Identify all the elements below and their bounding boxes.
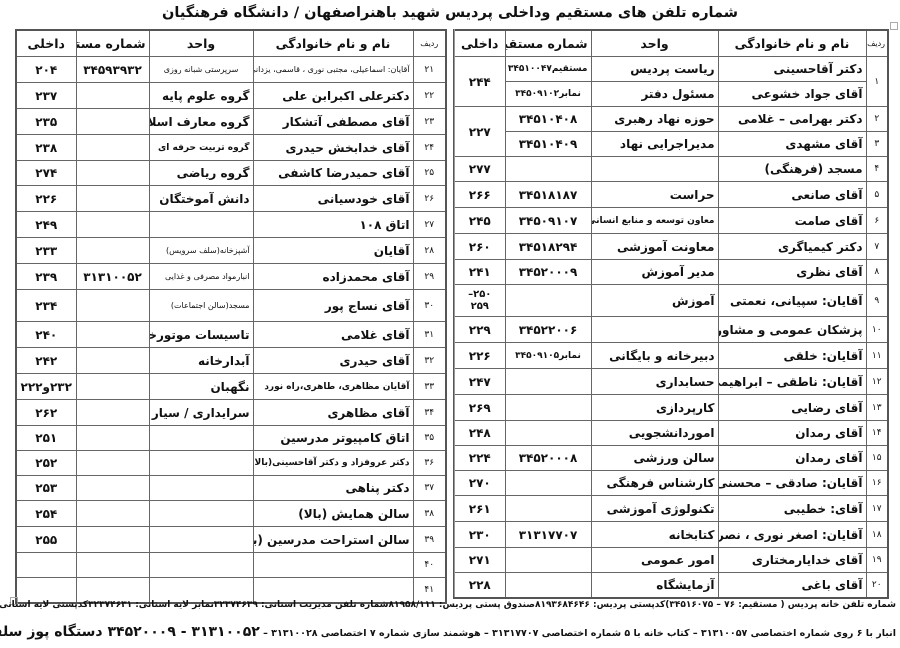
radif-cell: ۴ — [866, 157, 888, 182]
vahed-cell — [149, 527, 253, 553]
dakheli-cell: ۲۶۶ — [454, 182, 505, 208]
table-row: ۳۸ سالن همایش (بالا) ۲۵۴ — [16, 501, 446, 527]
header-mostaghim: شماره مستقیم — [76, 30, 149, 57]
mostaghim-cell — [76, 290, 149, 322]
dakheli-cell: ۲۲۷ — [454, 107, 505, 157]
header-radif: ردیف — [413, 30, 446, 57]
table-row: ۱۱ آقایان: خلقی دبیرخانه و بایگانی نمابر… — [454, 343, 888, 369]
table-row: ۲۸ آقایان آشپزخانه(سلف سرویس) ۲۳۳ — [16, 238, 446, 264]
footer-extensions-text: انبار با ۶ روی شماره اختصاصی ۳۱۳۱۰۰۵۷ – … — [260, 628, 896, 639]
radif-cell: ۱۷ — [866, 496, 888, 522]
dakheli-cell: ۲۳۵ — [16, 109, 76, 135]
name-cell: آقایان — [253, 238, 413, 264]
name-cell: آقای رضایی — [718, 395, 866, 421]
vahed-cell — [149, 553, 253, 578]
mostaghim-cell: ۳۴۵۲۲۰۰۶ — [505, 317, 591, 343]
footer-postal-code: کدپستی پردیس: ۸۱۹۳۶۸۴۶۴۶ — [535, 600, 665, 610]
dakheli-cell: ۲۵۴ — [16, 501, 76, 527]
vahed-cell: ریاست پردیس — [591, 57, 718, 82]
radif-cell: ۲۶ — [413, 186, 446, 212]
radif-cell: ۳۹ — [413, 527, 446, 553]
name-cell: آقای مظاهری — [253, 400, 413, 426]
vahed-cell — [149, 426, 253, 451]
mostaghim-cell — [505, 421, 591, 446]
table-row: ۱۲ آقایان: ناطقی – ابراهیمی حسابداری ۲۴۷ — [454, 369, 888, 395]
name-cell: آقای خودسیانی — [253, 186, 413, 212]
name-cell: دکتر آقاحسینی — [718, 57, 866, 82]
radif-cell: ۳۰ — [413, 290, 446, 322]
name-cell: آقای خدایارمختاری — [718, 548, 866, 573]
vahed-cell: حراست — [591, 182, 718, 208]
mostaghim-cell — [505, 496, 591, 522]
mostaghim-cell: ۳۴۵۱۸۱۸۷ — [505, 182, 591, 208]
dakheli-cell: ۲۷۰ — [454, 471, 505, 496]
dakheli-cell: ۲۲۴ — [454, 446, 505, 471]
mostaghim-cell: ۳۱۳۱۰۰۵۲ — [76, 264, 149, 290]
table-row: ۲۱ آقایان: اسماعیلی، مجتبی نوری ، قاسمی،… — [16, 57, 446, 83]
mostaghim-cell — [76, 348, 149, 374]
mostaghim-cell — [76, 161, 149, 186]
name-cell: آقایان: صادقی – محسنی — [718, 471, 866, 496]
radif-cell: ۲۸ — [413, 238, 446, 264]
name-cell: آقای صامت — [718, 208, 866, 234]
table-row: ۳۰ آقای نساج پور مسجد(سالن اجتماعات) ۲۳۴ — [16, 290, 446, 322]
vahed-cell: کارشناس فرهنگی — [591, 471, 718, 496]
name-cell: آقایان: اسماعیلی، مجتبی نوری ، قاسمی، یز… — [253, 57, 413, 83]
dakheli-cell: ۲۵۵ — [16, 527, 76, 553]
table-row: ۲۰ آقای باغی آزمایشگاه ۲۲۸ — [454, 573, 888, 598]
mostaghim-cell — [505, 369, 591, 395]
radif-cell: ۷ — [866, 234, 888, 260]
table-row: ۳۶ دکتر عروفزاد و دکتر آقاحسینی(بالا) ۲۵… — [16, 451, 446, 476]
name-cell: اتاق ۱۰۸ — [253, 212, 413, 238]
dakheli-cell: ۲۳۷ — [16, 83, 76, 109]
dakheli-cell: ۲۷۴ — [16, 161, 76, 186]
dakheli-cell — [16, 553, 76, 578]
name-cell: آقایان: ناطقی – ابراهیمی — [718, 369, 866, 395]
table-row: ۲ دکتر بهرامی – غلامی حوزه نهاد رهبری ۳۴… — [454, 107, 888, 132]
dakheli-cell: ۲۴۰ — [16, 322, 76, 348]
radif-cell: ۱۱ — [866, 343, 888, 369]
radif-cell: ۹ — [866, 285, 888, 317]
mostaghim-cell: ۳۴۵۱۸۲۹۴ — [505, 234, 591, 260]
radif-cell: ۲۷ — [413, 212, 446, 238]
table-row: ۳۲ آقای حیدری آبدارخانه ۲۴۲ — [16, 348, 446, 374]
name-cell: آقایان: سپیانی، نعمتی — [718, 285, 866, 317]
vahed-cell: کتابخانه — [591, 522, 718, 548]
vahed-cell — [149, 451, 253, 476]
radif-cell: ۱۰ — [866, 317, 888, 343]
table-row: آقای جواد خشوعی مسئول دفتر نمابر۳۴۵۰۹۱۰۲ — [454, 82, 888, 107]
name-cell: پزشکان عمومی و مشاوره — [718, 317, 866, 343]
dakheli-cell: ۲۲۸ — [454, 573, 505, 598]
radif-cell: ۱۳ — [866, 395, 888, 421]
name-cell: آقای حمیدرضا کاشفی — [253, 161, 413, 186]
vahed-cell: گروه معارف اسلامی — [149, 109, 253, 135]
name-cell: سالن استراحت مدرسین (بالا) — [253, 527, 413, 553]
table-row: ۳ آقای مشهدی مدیراجرایی نهاد ۳۴۵۱۰۴۰۹ — [454, 132, 888, 157]
dakheli-cell: ۲۶۲ — [16, 400, 76, 426]
radif-cell: ۲۳ — [413, 109, 446, 135]
name-cell: آقایان: اصغر نوری ، نصر — [718, 522, 866, 548]
name-cell: آقای رمدان — [718, 421, 866, 446]
vahed-cell: مدیر آموزش — [591, 260, 718, 285]
header-dakheli: داخلی — [454, 30, 505, 57]
dakheli-cell: ۲۴۱ — [454, 260, 505, 285]
radif-cell: ۲۲ — [413, 83, 446, 109]
table-row: ۶ آقای صامت معاون توسعه و منابع انسانی ۳… — [454, 208, 888, 234]
vahed-cell: گروه ریاضی — [149, 161, 253, 186]
name-cell: آقای صانعی — [718, 182, 866, 208]
radif-cell: ۱۵ — [866, 446, 888, 471]
table-row: ۱۴ آقای رمدان اموردانشجویی ۲۴۸ — [454, 421, 888, 446]
dakheli-cell: ۲۳۰ — [454, 522, 505, 548]
vahed-cell: گروه تربیت حرفه ای — [149, 135, 253, 161]
radif-cell: ۲۹ — [413, 264, 446, 290]
dakheli-cell: ۲۴۹ — [16, 212, 76, 238]
mostaghim-cell — [76, 426, 149, 451]
mostaghim-cell: ۳۱۳۱۷۷۰۷ — [505, 522, 591, 548]
footer-extensions-line: انبار با ۶ روی شماره اختصاصی ۳۱۳۱۰۰۵۷ – … — [0, 624, 896, 640]
name-cell: آقای نساج پور — [253, 290, 413, 322]
name-cell: دکتر پناهی — [253, 476, 413, 501]
dakheli-cell: ۲۷۷ — [454, 157, 505, 182]
table-row: ۲۶ آقای خودسیانی دانش آموختگان ۲۲۶ — [16, 186, 446, 212]
dakheli-cell: ۲۶۰ — [454, 234, 505, 260]
table-row: ۳۷ دکتر پناهی ۲۵۳ — [16, 476, 446, 501]
vahed-cell: انبارمواد مصرفی و غذایی — [149, 264, 253, 290]
vahed-cell: گروه علوم پایه — [149, 83, 253, 109]
dakheli-cell: ۲۳۴ — [16, 290, 76, 322]
name-cell: آقای حیدری — [253, 348, 413, 374]
table-row: ۲۴ آقای خدابخش حیدری گروه تربیت حرفه ای … — [16, 135, 446, 161]
header-vahed: واحد — [591, 30, 718, 57]
radif-cell: ۲ — [866, 107, 888, 132]
name-cell: دکتر کیمیاگری — [718, 234, 866, 260]
radif-cell: ۱۸ — [866, 522, 888, 548]
radif-cell: ۸ — [866, 260, 888, 285]
name-cell: آقای محمدزاده — [253, 264, 413, 290]
dakheli-cell: ۲۵۲ — [16, 451, 76, 476]
table-row: ۳۱ آقای غلامی تاسیسات موتورخانه ۲۴۰ — [16, 322, 446, 348]
name-cell: آقایان مظاهری، طاهری،راه نورد — [253, 374, 413, 400]
name-cell — [253, 553, 413, 578]
table-row: ۱۶ آقایان: صادقی – محسنی کارشناس فرهنگی … — [454, 471, 888, 496]
radif-cell: ۲۵ — [413, 161, 446, 186]
vahed-cell: آموزش — [591, 285, 718, 317]
dakheli-cell: ۲۵۱ — [16, 426, 76, 451]
mostaghim-cell — [76, 186, 149, 212]
dakheli-cell: ۲۵۳ — [16, 476, 76, 501]
dakheli-cell: ۲۵۰– ۲۵۹ — [454, 285, 505, 317]
radif-cell: ۳ — [866, 132, 888, 157]
mostaghim-cell — [76, 135, 149, 161]
mostaghim-cell — [76, 322, 149, 348]
mostaghim-cell: ۳۴۵۱۰۴۰۸ — [505, 107, 591, 132]
dakheli-cell: ۲۲۹ — [454, 317, 505, 343]
mostaghim-cell — [505, 573, 591, 598]
header-mostaghim: شماره مستقیم — [505, 30, 591, 57]
header-vahed: واحد — [149, 30, 253, 57]
radif-cell: ۶ — [866, 208, 888, 234]
table-row: ۱۳ آقای رضایی کارپردازی ۲۶۹ — [454, 395, 888, 421]
name-cell: آقای نظری — [718, 260, 866, 285]
vahed-cell — [149, 578, 253, 603]
header-radif: ردیف — [866, 30, 888, 57]
footer-pos-text: ۳۱۳۱۰۰۵۲ - ۳۴۵۲۰۰۰۹ دستگاه پوز سلف(مدرسی… — [0, 624, 260, 640]
dakheli-cell: ۲۰۴ — [16, 57, 76, 83]
dakheli-cell: ۲۳۸ — [16, 135, 76, 161]
mostaghim-cell — [76, 400, 149, 426]
mostaghim-cell — [76, 83, 149, 109]
vahed-cell: آشپزخانه(سلف سرویس) — [149, 238, 253, 264]
vahed-cell — [149, 476, 253, 501]
table-row: ۹ آقایان: سپیانی، نعمتی آموزش ۲۵۰– ۲۵۹ — [454, 285, 888, 317]
name-cell: آقای رمدان — [718, 446, 866, 471]
dakheli-cell: ۲۳۹ — [16, 264, 76, 290]
vahed-cell: حسابداری — [591, 369, 718, 395]
vahed-cell: سرپرستی شبانه روزی — [149, 57, 253, 83]
vahed-cell: آبدارخانه — [149, 348, 253, 374]
vahed-cell: تاسیسات موتورخانه — [149, 322, 253, 348]
dakheli-cell: ۲۶۹ — [454, 395, 505, 421]
mostaghim-cell: ۳۴۵۹۳۹۳۲ — [76, 57, 149, 83]
name-cell: آقایان: خلقی — [718, 343, 866, 369]
radif-cell: ۴۰ — [413, 553, 446, 578]
table-row: ۱۹ آقای خدایارمختاری امور عمومی ۲۷۱ — [454, 548, 888, 573]
vahed-cell: مدیراجرایی نهاد — [591, 132, 718, 157]
dakheli-cell: ۲۴۸ — [454, 421, 505, 446]
table-row: ۸ آقای نظری مدیر آموزش ۳۴۵۲۰۰۰۹ ۲۴۱ — [454, 260, 888, 285]
page-title: شماره تلفن های مستقیم وداخلی پردیس شهید … — [0, 2, 900, 24]
radif-cell: ۱۴ — [866, 421, 888, 446]
name-cell: آقای خدابخش حیدری — [253, 135, 413, 161]
mostaghim-cell: مستقیم۳۴۵۱۰۰۴۷ — [505, 57, 591, 82]
mostaghim-cell — [505, 157, 591, 182]
header-dakheli: داخلی — [16, 30, 76, 57]
name-cell: دکتر عروفزاد و دکتر آقاحسینی(بالا) — [253, 451, 413, 476]
radif-cell: ۲۴ — [413, 135, 446, 161]
table-row: ۲۲ دکترعلی اکبرابن علی گروه علوم پایه ۲۳… — [16, 83, 446, 109]
radif-cell: ۱۹ — [866, 548, 888, 573]
name-cell: سالن همایش (بالا) — [253, 501, 413, 527]
footer-contact-line: شماره تلفن خانه پردیس ( مستقیم: ۷۶ – ۳۴۵… — [0, 600, 900, 610]
table-row: ۱۵ آقای رمدان سالن ورزشی ۳۴۵۲۰۰۰۸ ۲۲۴ — [454, 446, 888, 471]
footer-po-box: صندوق پستی پردیس: ۸۱۹۵۸/۱۱۱ — [388, 600, 534, 610]
radif-cell: ۳۴ — [413, 400, 446, 426]
dakheli-cell: ۲۲۶ — [454, 343, 505, 369]
table-row: ۲۳ آقای مصطفی آتشکار گروه معارف اسلامی ۲… — [16, 109, 446, 135]
dakheli-cell: ۲۴۲ — [16, 348, 76, 374]
table-row: ۳۵ اتاق کامپیوتر مدرسین ۲۵۱ — [16, 426, 446, 451]
vahed-cell: حوزه نهاد رهبری — [591, 107, 718, 132]
mostaghim-cell — [505, 395, 591, 421]
vahed-cell — [591, 317, 718, 343]
vahed-cell — [591, 157, 718, 182]
radif-cell: ۳۳ — [413, 374, 446, 400]
vahed-cell: نگهبان — [149, 374, 253, 400]
name-cell: آقای باغی — [718, 573, 866, 598]
table-row: ۳۴ آقای مظاهری سرایداری / سیار ۲۶۲ — [16, 400, 446, 426]
vahed-cell: معاون توسعه و منابع انسانی — [591, 208, 718, 234]
table-row: ۵ آقای صانعی حراست ۳۴۵۱۸۱۸۷ ۲۶۶ — [454, 182, 888, 208]
dakheli-cell: ۲۴۵ — [454, 208, 505, 234]
radif-cell: ۳۱ — [413, 322, 446, 348]
mostaghim-cell — [76, 527, 149, 553]
name-cell: آقای مشهدی — [718, 132, 866, 157]
radif-cell: ۱۲ — [866, 369, 888, 395]
table-row: ۳۳ آقایان مظاهری، طاهری،راه نورد نگهبان … — [16, 374, 446, 400]
vahed-cell: معاونت آموزشی — [591, 234, 718, 260]
radif-cell: ۳۸ — [413, 501, 446, 527]
mostaghim-cell — [76, 553, 149, 578]
vahed-cell: مسجد(سالن اجتماعات) — [149, 290, 253, 322]
table-row: ۳۹ سالن استراحت مدرسین (بالا) ۲۵۵ — [16, 527, 446, 553]
mostaghim-cell — [76, 374, 149, 400]
mostaghim-cell — [76, 451, 149, 476]
dakheli-cell: ۲۳۲و۲۲۲ — [16, 374, 76, 400]
left-directory-table: ردیف نام و نام خانوادگی واحد شماره مستقی… — [15, 29, 447, 604]
dakheli-cell: ۲۲۶ — [16, 186, 76, 212]
table-row: ۱ دکتر آقاحسینی ریاست پردیس مستقیم۳۴۵۱۰۰… — [454, 57, 888, 82]
name-cell: دکترعلی اکبرابن علی — [253, 83, 413, 109]
mostaghim-cell — [76, 212, 149, 238]
radif-cell: ۵ — [866, 182, 888, 208]
dakheli-cell: ۲۴۷ — [454, 369, 505, 395]
mostaghim-cell: ۳۴۵۱۰۴۰۹ — [505, 132, 591, 157]
dakheli-cell: ۲۷۱ — [454, 548, 505, 573]
dakheli-cell: ۲۳۳ — [16, 238, 76, 264]
dakheli-cell — [16, 578, 76, 603]
table-row: ۱۰ پزشکان عمومی و مشاوره ۳۴۵۲۲۰۰۶ ۲۲۹ — [454, 317, 888, 343]
footer-provincial-fax: نمابر لایه استانی: ۳۲۳۷۴۶۳۱ — [88, 600, 214, 610]
dakheli-cell: ۲۶۱ — [454, 496, 505, 522]
vahed-cell: تکنولوژی آموزشی — [591, 496, 718, 522]
table-row: ۱۷ آقای: خطیبی تکنولوژی آموزشی ۲۶۱ — [454, 496, 888, 522]
mostaghim-cell — [505, 285, 591, 317]
vahed-cell: کارپردازی — [591, 395, 718, 421]
mostaghim-cell — [76, 238, 149, 264]
name-cell — [253, 578, 413, 603]
footer-provincial-phone: شماره تلفن مدیریت استانی: ۳۲۳۷۴۶۳۹ — [214, 600, 389, 610]
radif-cell: ۱۶ — [866, 471, 888, 496]
name-cell: دکتر بهرامی – غلامی — [718, 107, 866, 132]
vahed-cell: دانش آموختگان — [149, 186, 253, 212]
radif-cell: ۳۲ — [413, 348, 446, 374]
table-row: ۴ مسجد (فرهنگی) ۲۷۷ — [454, 157, 888, 182]
mostaghim-cell: ۳۴۵۰۹۱۰۷ — [505, 208, 591, 234]
header-name: نام و نام خانوادگی — [718, 30, 866, 57]
radif-cell: ۳۶ — [413, 451, 446, 476]
radif-cell: ۴۱ — [413, 578, 446, 603]
vahed-cell: اموردانشجویی — [591, 421, 718, 446]
vahed-cell: مسئول دفتر — [591, 82, 718, 107]
table-row: ۲۹ آقای محمدزاده انبارمواد مصرفی و غذایی… — [16, 264, 446, 290]
mostaghim-cell — [76, 476, 149, 501]
table-header-row: ردیف نام و نام خانوادگی واحد شماره مستقی… — [454, 30, 888, 57]
footer-provincial-postal: کدپستی لایه استانی: ۸۱۳۴۷۹۶۶۸۵ — [0, 600, 88, 610]
vahed-cell: آزمایشگاه — [591, 573, 718, 598]
right-directory-table: ردیف نام و نام خانوادگی واحد شماره مستقی… — [453, 29, 889, 599]
vahed-cell — [149, 212, 253, 238]
name-cell: آقای جواد خشوعی — [718, 82, 866, 107]
name-cell: آقای مصطفی آتشکار — [253, 109, 413, 135]
name-cell: اتاق کامپیوتر مدرسین — [253, 426, 413, 451]
vahed-cell: سالن ورزشی — [591, 446, 718, 471]
vahed-cell: دبیرخانه و بایگانی — [591, 343, 718, 369]
table-row: ۴۱ — [16, 578, 446, 603]
mostaghim-cell: ۳۴۵۲۰۰۰۹ — [505, 260, 591, 285]
radif-cell: ۳۵ — [413, 426, 446, 451]
mostaghim-cell — [76, 109, 149, 135]
table-row: ۷ دکتر کیمیاگری معاونت آموزشی ۳۴۵۱۸۲۹۴ ۲… — [454, 234, 888, 260]
name-cell: آقای غلامی — [253, 322, 413, 348]
table-row: ۱۸ آقایان: اصغر نوری ، نصر کتابخانه ۳۱۳۱… — [454, 522, 888, 548]
mostaghim-cell: نمابر۳۴۵۰۹۱۰۲ — [505, 82, 591, 107]
table-anchor-marker — [890, 22, 898, 30]
table-row: ۲۵ آقای حمیدرضا کاشفی گروه ریاضی ۲۷۴ — [16, 161, 446, 186]
mostaghim-cell — [76, 578, 149, 603]
footer-home-phone: شماره تلفن خانه پردیس ( مستقیم: ۷۶ – ۳۴۵… — [665, 600, 896, 610]
dakheli-cell: ۲۴۴ — [454, 57, 505, 107]
radif-cell: ۲۰ — [866, 573, 888, 598]
header-name: نام و نام خانوادگی — [253, 30, 413, 57]
radif-cell: ۳۷ — [413, 476, 446, 501]
vahed-cell: امور عمومی — [591, 548, 718, 573]
table-row: ۲۷ اتاق ۱۰۸ ۲۴۹ — [16, 212, 446, 238]
radif-cell: ۲۱ — [413, 57, 446, 83]
name-cell: مسجد (فرهنگی) — [718, 157, 866, 182]
name-cell: آقای: خطیبی — [718, 496, 866, 522]
radif-cell: ۱ — [866, 57, 888, 107]
vahed-cell — [149, 501, 253, 527]
mostaghim-cell: نمابر۳۴۵۰۹۱۰۵ — [505, 343, 591, 369]
mostaghim-cell — [505, 471, 591, 496]
mostaghim-cell — [76, 501, 149, 527]
table-row: ۴۰ — [16, 553, 446, 578]
vahed-cell: سرایداری / سیار — [149, 400, 253, 426]
mostaghim-cell: ۳۴۵۲۰۰۰۸ — [505, 446, 591, 471]
table-header-row: ردیف نام و نام خانوادگی واحد شماره مستقی… — [16, 30, 446, 57]
mostaghim-cell — [505, 548, 591, 573]
